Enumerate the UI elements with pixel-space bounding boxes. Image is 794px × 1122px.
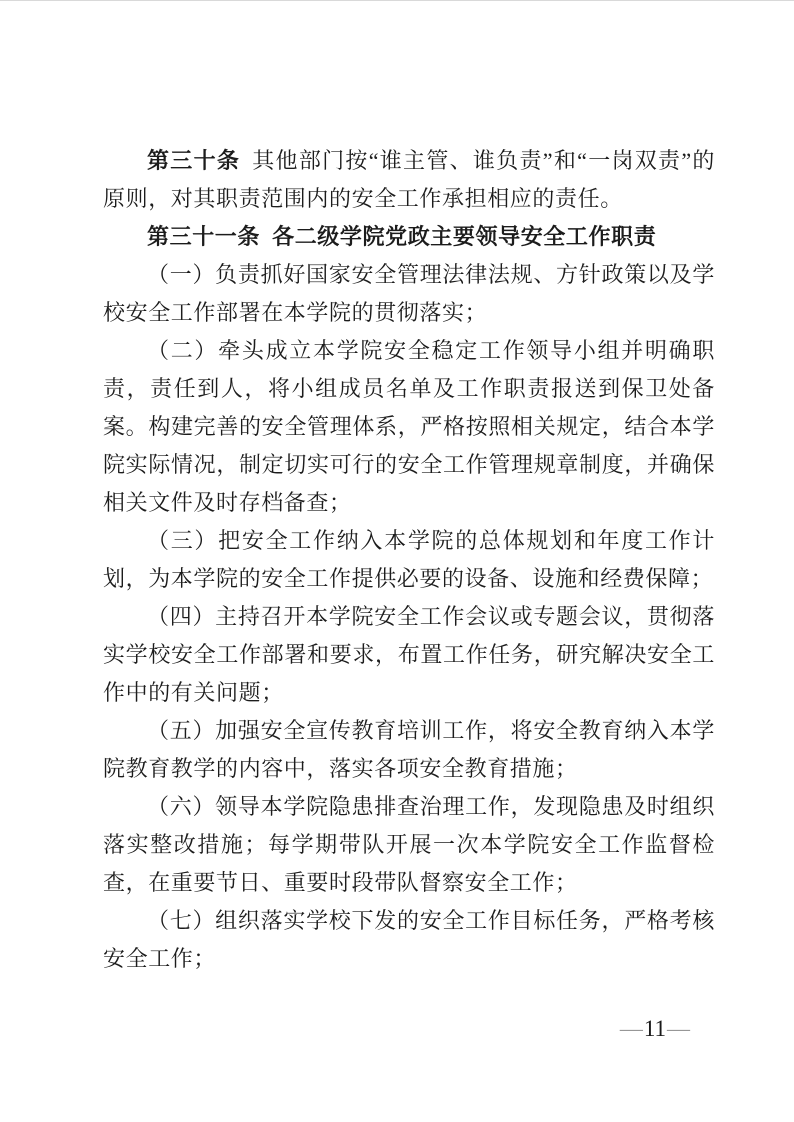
article-31-title: 各二级学院党政主要领导安全工作职责 [272,224,656,249]
document-body: 第三十条其他部门按“谁主管、谁负责”和“一岗双责”的原则，对其职责范围内的安全工… [103,142,715,978]
page-number-value: 11 [643,1016,667,1041]
page-number: —11— [620,1015,690,1043]
clause-2: （二）牵头成立本学院安全稳定工作领导小组并明确职责，责任到人，将小组成员名单及工… [103,332,715,522]
clause-3: （三）把安全工作纳入本学院的总体规划和年度工作计划，为本学院的安全工作提供必要的… [103,522,715,598]
document-page: 第三十条其他部门按“谁主管、谁负责”和“一岗双责”的原则，对其职责范围内的安全工… [0,0,794,1122]
clause-5: （五）加强安全宣传教育培训工作，将安全教育纳入本学院教育教学的内容中，落实各项安… [103,712,715,788]
article-30-paragraph: 第三十条其他部门按“谁主管、谁负责”和“一岗双责”的原则，对其职责范围内的安全工… [103,142,715,218]
page-number-dash-left: — [620,1016,643,1041]
clause-1: （一）负责抓好国家安全管理法律法规、方针政策以及学校安全工作部署在本学院的贯彻落… [103,256,715,332]
clause-4: （四）主持召开本学院安全工作会议或专题会议，贯彻落实学校安全工作部署和要求，布置… [103,598,715,712]
article-30-label: 第三十条 [147,148,240,173]
page-number-dash-right: — [667,1016,690,1041]
article-31-label: 第三十一条 [147,224,260,249]
clause-7: （七）组织落实学校下发的安全工作目标任务，严格考核安全工作； [103,902,715,978]
article-31-heading: 第三十一条各二级学院党政主要领导安全工作职责 [103,218,715,256]
clause-6: （六）领导本学院隐患排查治理工作，发现隐患及时组织落实整改措施；每学期带队开展一… [103,788,715,902]
